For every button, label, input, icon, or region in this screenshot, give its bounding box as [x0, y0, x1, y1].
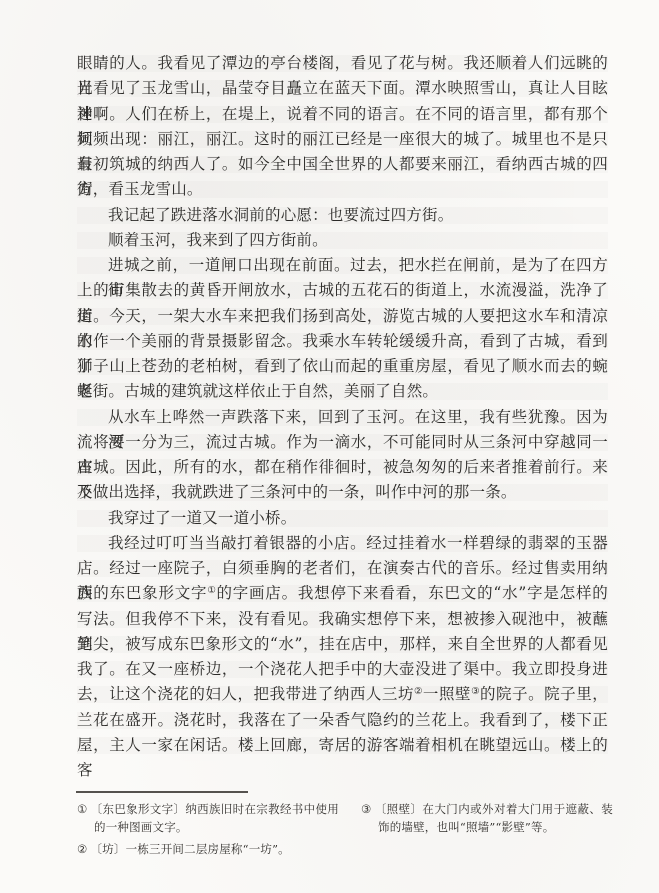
body-line: 光看见了玉龙雪山，晶莹夺目矗立在蓝天下面。潭水映照雪山，真让人目眩神 [77, 76, 608, 101]
body-line: 兰花在盛开。浇花时，我落在了一朵香气隐约的兰花上。我看到了，楼下正 [77, 708, 608, 733]
body-line: 最初筑城的纳西人了。如今全中国全世界的人都要来丽江，看纳西古城的四方 [77, 152, 608, 177]
footnote-ref-icon: ② [414, 686, 423, 697]
body-line: 顺着玉河，我来到了四方街前。 [77, 228, 608, 253]
footnote-divider [76, 791, 248, 793]
footnote-marker: ② [77, 842, 91, 856]
body-line: 店。经过一座院子，白须垂胸的老者们，在演奏古代的音乐。经过售卖用纳西 [77, 556, 608, 581]
footnote-column-left: ①〔东巴象形文字〕纳西族旧时在宗教经书中使用的一种图画文字。②〔坊〕一栋三开间二… [77, 801, 339, 864]
footnote-item: ①〔东巴象形文字〕纳西族旧时在宗教经书中使用的一种图画文字。 [77, 801, 339, 836]
footnote-ref-icon: ③ [471, 686, 480, 697]
body-line: 水作一个美丽的背景摄影留念。我乘水车转轮缓缓升高，看到了古城，看到了 [77, 329, 608, 354]
body-line: 流将要一分为三，流过古城。作为一滴水，不可能同时从三条河中穿越同一座 [77, 430, 608, 455]
body-line: 眼睛的人。我看见了潭边的亭台楼阁，看见了花与树。我还顺着人们远眺的目 [77, 51, 608, 76]
body-text-block: 眼睛的人。我看见了潭边的亭台楼阁，看见了花与树。我还顺着人们远眺的目光看见了玉龙… [77, 51, 608, 758]
body-line: 我记起了跌进落水洞前的心愿：也要流过四方街。 [77, 203, 608, 228]
body-line: 上的市集散去的黄昏开闸放水，古城的五花石的街道上，水流漫溢，洗净了街 [77, 278, 608, 303]
footnote-marker: ③ [361, 802, 375, 816]
body-line: 去，让这个浇花的妇人，把我带进了纳西人三坊②一照壁③的院子。院子里， [77, 682, 608, 707]
body-line: 从水车上哗然一声跌落下来，回到了玉河。在这里，我有些犹豫。因为河 [77, 405, 608, 430]
body-line: 老街。古城的建筑就这样依止于自然，美丽了自然。 [77, 379, 608, 404]
footnote-ref-icon: ① [207, 585, 216, 596]
body-line: 我穿过了一道又一道小桥。 [77, 506, 608, 531]
body-line: 笔尖，被写成东巴象形文的“水”，挂在店中，那样，来自全世界的人都看见 [77, 632, 608, 657]
body-line: 迷啊。人们在桥上，在堤上，说着不同的语言。在不同的语言里，都有那个词 [77, 102, 608, 127]
body-line: 我了。在又一座桥边，一个浇花人把手中的大壶没进了渠中。我立即投身进 [77, 657, 608, 682]
footnote-marker: ① [77, 802, 91, 816]
body-line: 我经过叮叮当当敲打着银器的小店。经过挂着水一样碧绿的翡翠的玉器 [77, 531, 608, 556]
footnote-item: ②〔坊〕一栋三开间二层房屋称“一坊”。 [77, 841, 339, 859]
footnote-item: ③〔照壁〕在大门内或外对着大门用于遮蔽、装饰的墙壁，也叫“照墙”“影壁”等。 [361, 801, 613, 836]
body-line: 古城。因此，所有的水，都在稍作徘徊时，被急匆匆的后来者推着前行。来不 [77, 455, 608, 480]
body-line: 屋，主人一家在闲话。楼上回廊，寄居的游客端着相机在眺望远山。楼上的客 [77, 733, 608, 758]
body-line: 写法。但我停不下来，没有看见。我确实想停下来，想被掺入砚池中，被蘸到 [77, 607, 608, 632]
footnote-column-right: ③〔照壁〕在大门内或外对着大门用于遮蔽、装饰的墙壁，也叫“照墙”“影壁”等。 [361, 801, 613, 841]
body-line: 进城之前，一道闸口出现在前面。过去，把水拦在闸前，是为了在四方街 [77, 253, 608, 278]
body-line: 街，看玉龙雪山。 [77, 177, 608, 202]
body-line: 族的东巴象形文字①的字画店。我想停下来看看，东巴文的“水”字是怎样的 [77, 581, 608, 606]
body-line: 及做出选择，我就跌进了三条河中的一条，叫作中河的那一条。 [77, 480, 608, 505]
body-line: 道。今天，一架大水车来把我们扬到高处，游览古城的人要把这水车和清凉的 [77, 304, 608, 329]
body-line: 频频出现：丽江，丽江。这时的丽江已经是一座很大的城了。城里也不是只有 [77, 127, 608, 152]
body-line: 狮子山上苍劲的老柏树，看到了依山而起的重重房屋，看见了顺水而去的蜿蜒 [77, 354, 608, 379]
scanned-page: 眼睛的人。我看见了潭边的亭台楼阁，看见了花与树。我还顺着人们远眺的目光看见了玉龙… [0, 0, 659, 893]
